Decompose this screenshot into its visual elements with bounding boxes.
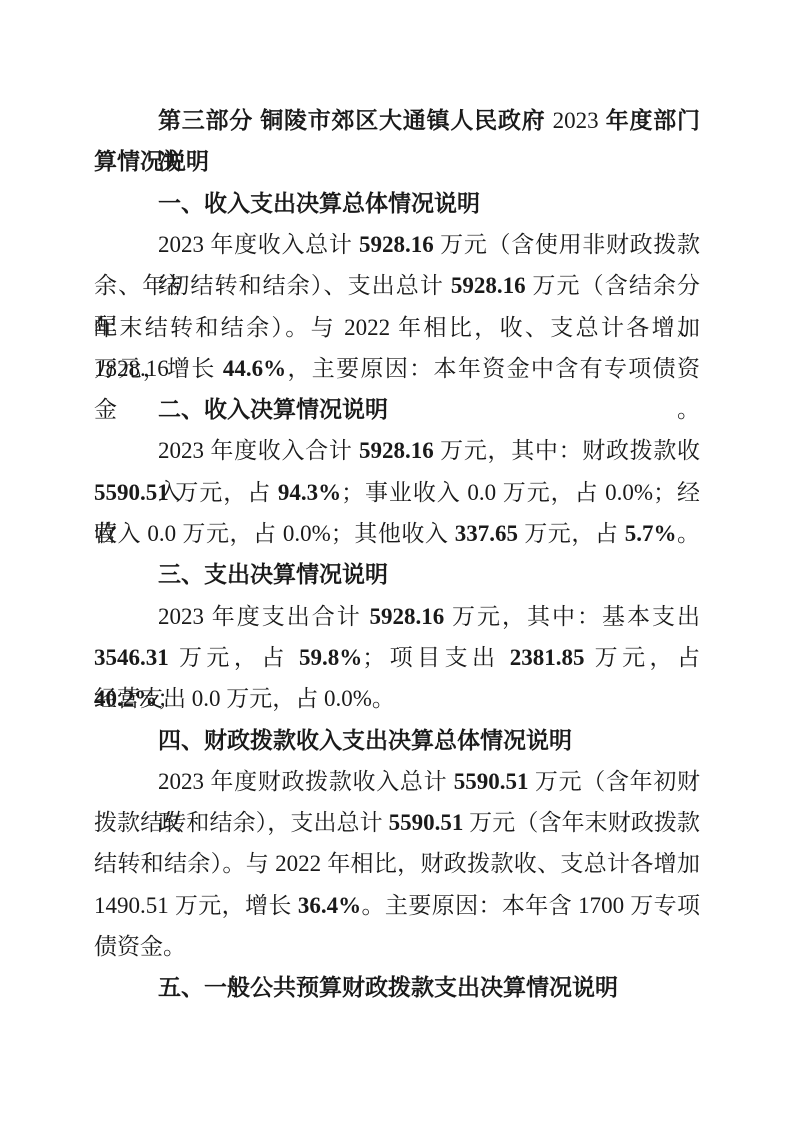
text-segment: 结转和结余）。与 2022 年相比，财政拨款收、支总计各增加	[94, 851, 700, 876]
text-segment: 万元，增长	[94, 356, 223, 381]
text-segment: 余、年初结转和结余）、支出总计	[94, 273, 451, 298]
text-segment: 59.8%	[299, 645, 362, 670]
text-segment: 万元，占	[584, 645, 700, 670]
text-segment: 5928.16	[451, 273, 526, 298]
body-text-line: 年末结转和结余）。与 2022 年相比，收、支总计各增加 1828.16	[94, 307, 700, 348]
text-segment: 万元，占	[518, 521, 625, 546]
text-segment: 5928.16	[370, 604, 445, 629]
text-segment: 四、财政拨款收入支出决算总体情况说明	[158, 727, 572, 753]
text-segment: 万元（含年末财政拨款	[463, 810, 700, 835]
text-segment: 5590.51	[94, 480, 169, 505]
text-segment: 三、支出决算情况说明	[158, 561, 388, 587]
text-segment: 万元，占	[169, 480, 278, 505]
text-segment: 5928.16	[359, 232, 434, 257]
text-segment: 2381.85	[510, 645, 585, 670]
document-title-line: 第三部分 铜陵市郊区大通镇人民政府 2023 年度部门决	[94, 100, 700, 141]
text-segment: 337.65	[455, 521, 518, 546]
text-segment: 。	[676, 521, 700, 546]
body-text-line: 2023 年度财政拨款收入总计 5590.51 万元（含年初财政	[94, 761, 700, 802]
body-text-line: 结转和结余）。与 2022 年相比，财政拨款收、支总计各增加	[94, 843, 700, 884]
text-segment: 拨款结转和结余），支出总计	[94, 810, 389, 835]
text-segment: 第三部分 铜陵市郊区大通镇人民政府	[158, 107, 553, 133]
body-text-line: 2023 年度收入合计 5928.16 万元，其中：财政拨款收入	[94, 430, 700, 471]
text-segment: 2023 年度收入总计	[158, 232, 359, 257]
text-segment: 2023 年度财政拨款收入总计	[158, 769, 454, 794]
text-segment: 3546.31	[94, 645, 169, 670]
body-text-line: 1490.51 万元，增长 36.4%。主要原因：本年含 1700 万专项	[94, 885, 700, 926]
text-segment: 94.3%	[278, 480, 341, 505]
body-text-line: 万元，增长 44.6%，主要原因：本年资金中含有专项债资金。	[94, 348, 700, 389]
text-segment: 一、收入支出决算总体情况说明	[158, 190, 480, 216]
text-segment: 1490.51 万元，增长	[94, 893, 298, 918]
text-segment: 债资金。	[94, 934, 186, 959]
body-text-line: 债资金。	[94, 926, 700, 967]
text-segment: ；项目支出	[362, 645, 509, 670]
text-segment: 。主要原因：本年含 1700 万专项	[361, 893, 700, 918]
text-segment: 5928.16	[359, 438, 434, 463]
body-text-line: 2023 年度支出合计 5928.16 万元，其中：基本支出	[94, 596, 700, 637]
body-text-line: 5590.51 万元，占 94.3%；事业收入 0.0 万元，占 0.0%；经营	[94, 472, 700, 513]
section-heading-line: 四、财政拨款收入支出决算总体情况说明	[94, 720, 700, 761]
text-segment: 5590.51	[389, 810, 464, 835]
section-heading-line: 一、收入支出决算总体情况说明	[94, 183, 700, 224]
text-segment: 收入 0.0 万元，占 0.0%；其他收入	[94, 521, 455, 546]
text-segment: 2023 年度收入合计	[158, 438, 359, 463]
text-segment: 五、一般公共预算财政拨款支出决算情况说明	[158, 974, 618, 1000]
text-segment: 算情况说明	[94, 148, 209, 174]
text-segment: 2023 年度支出合计	[158, 604, 370, 629]
text-segment: 36.4%	[298, 893, 361, 918]
text-segment: 5590.51	[454, 769, 529, 794]
text-segment: 万元，其中：基本支出	[444, 604, 700, 629]
text-segment: 2023	[553, 108, 599, 133]
text-segment: 二、收入决算情况说明	[158, 396, 388, 422]
text-segment: 经营支出 0.0 万元，占 0.0%。	[94, 686, 395, 711]
section-heading-line: 二、收入决算情况说明	[94, 389, 700, 430]
section-heading-line: 三、支出决算情况说明	[94, 554, 700, 595]
body-text-line: 2023 年度收入总计 5928.16 万元（含使用非财政拨款结	[94, 224, 700, 265]
body-text-line: 经营支出 0.0 万元，占 0.0%。	[94, 678, 700, 719]
section-heading-line: 五、一般公共预算财政拨款支出决算情况说明	[94, 967, 700, 1008]
body-text-line: 收入 0.0 万元，占 0.0%；其他收入 337.65 万元，占 5.7%。	[94, 513, 700, 554]
text-segment: 万元，占	[169, 645, 299, 670]
body-text-line: 余、年初结转和结余）、支出总计 5928.16 万元（含结余分配、	[94, 265, 700, 306]
document-page: 第三部分 铜陵市郊区大通镇人民政府 2023 年度部门决算情况说明一、收入支出决…	[0, 0, 793, 1122]
document-title-line: 算情况说明	[94, 141, 700, 182]
text-segment: 44.6%	[223, 356, 286, 381]
body-text-line: 拨款结转和结余），支出总计 5590.51 万元（含年末财政拨款	[94, 802, 700, 843]
text-segment: 5.7%	[625, 521, 677, 546]
body-text-line: 3546.31 万元，占 59.8%；项目支出 2381.85 万元，占 40.…	[94, 637, 700, 678]
